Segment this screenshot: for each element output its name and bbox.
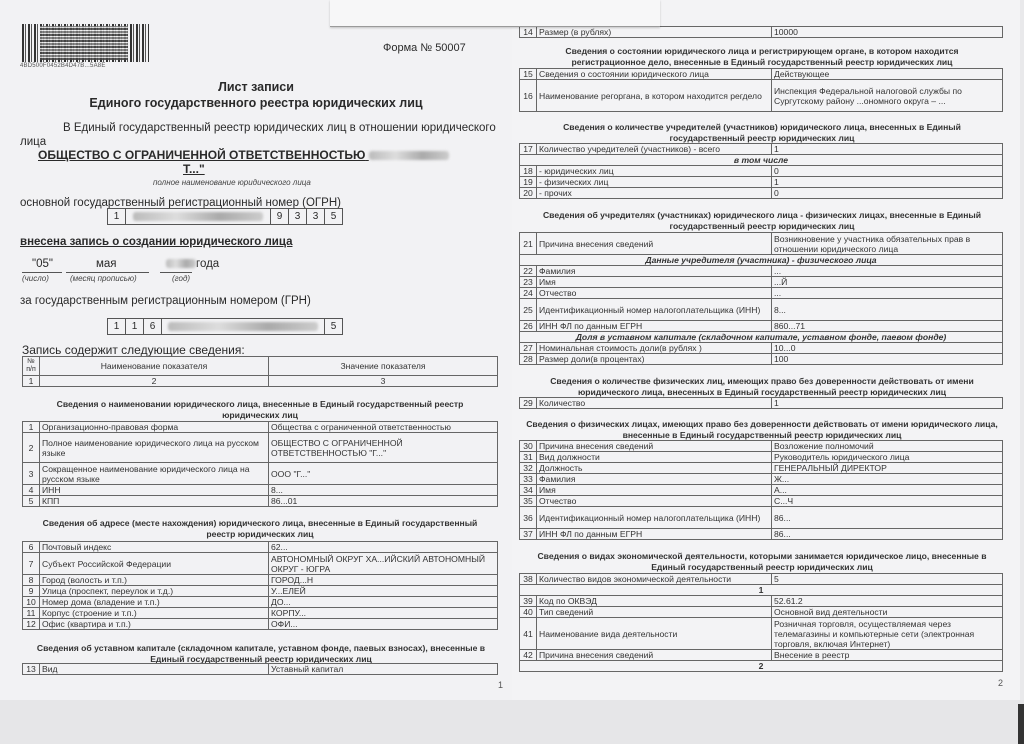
table-state: 15Сведения о состоянии юридического лица… — [519, 68, 1003, 112]
grn-digit: 5 — [325, 319, 342, 334]
row-label: Причина внесения сведений — [537, 650, 772, 661]
row-value: Внесение в реестр — [772, 650, 1003, 661]
row-value: Инспекция Федеральной налоговой службы п… — [772, 80, 1003, 112]
grn-digit: 1 — [108, 319, 126, 334]
table-reps: 30Причина внесения сведенийВозложение по… — [519, 440, 1003, 540]
row-label: Код по ОКВЭД — [537, 596, 772, 607]
table-reps-count: 29Количество1 — [519, 397, 1003, 409]
row-label: - юридических лиц — [537, 166, 772, 177]
row-value: Уставный капитал — [269, 664, 498, 675]
intro-text: В Единый государственный реестр юридичес… — [63, 122, 496, 134]
row-number: 39 — [520, 596, 537, 607]
table-capital: 13ВидУставный капитал — [22, 663, 498, 675]
row-value: КОРПУ... — [269, 608, 498, 619]
table-founders: 21Причина внесения сведенийВозникновение… — [519, 232, 1003, 365]
section-title-state: Сведения о состоянии юридического лица и… — [532, 46, 992, 67]
date-year-suffix: года — [196, 258, 219, 270]
row-label: КПП — [40, 496, 269, 507]
row-label: Отчество — [537, 288, 772, 299]
row-label: Фамилия — [537, 474, 772, 485]
row-label: Причина внесения сведений — [537, 441, 772, 452]
row-number: 20 — [520, 188, 537, 199]
header-table: № п/п Наименование показателя Значение п… — [22, 356, 498, 387]
row-value: Возникновение у участника обязательных п… — [772, 233, 1003, 255]
grn-redacted — [162, 319, 325, 334]
row-label: Отчество — [537, 496, 772, 507]
row-label: Количество видов экономической деятельно… — [537, 574, 772, 585]
row-number: 14 — [520, 27, 537, 38]
row-label: Фамилия — [537, 266, 772, 277]
row-value: ДО... — [269, 597, 498, 608]
grn-number-boxes: 1 1 6 5 — [107, 318, 343, 335]
row-value: 1 — [772, 398, 1003, 409]
row-label: Сокращенное наименование юридического ли… — [40, 463, 269, 485]
company-name-text: ОБЩЕСТВО С ОГРАНИЧЕННОЙ ОТВЕТСТВЕННОСТЬЮ — [38, 148, 365, 162]
row-value: 100 — [772, 354, 1003, 365]
date-month-caption: (месяц прописью) — [70, 274, 137, 283]
row-value: ОФИ... — [269, 619, 498, 630]
entry-heading: внесена запись о создании юридического л… — [20, 236, 292, 248]
row-label: Должность — [537, 463, 772, 474]
page-1: 4BD500F0452B4D47B...5A8E Форма № 50007 Л… — [0, 0, 512, 700]
row-value: 1 — [772, 144, 1003, 155]
document-subtitle: Единого государственного реестра юридиче… — [0, 96, 512, 110]
row-label: Почтовый индекс — [40, 542, 269, 553]
row-number: 24 — [520, 288, 537, 299]
row-number: 19 — [520, 177, 537, 188]
company-name-line1: ОБЩЕСТВО С ОГРАНИЧЕННОЙ ОТВЕТСТВЕННОСТЬЮ — [38, 148, 449, 162]
row-number: 18 — [520, 166, 537, 177]
row-number: 9 — [23, 586, 40, 597]
row-number: 11 — [23, 608, 40, 619]
group-number: 2 — [520, 661, 1003, 672]
row-number: 5 — [23, 496, 40, 507]
row-number: 34 — [520, 485, 537, 496]
row-number: 33 — [520, 474, 537, 485]
row-value: 86... — [772, 529, 1003, 540]
row-value: ... — [772, 266, 1003, 277]
page-number: 1 — [498, 680, 503, 690]
row-number: 26 — [520, 321, 537, 332]
row-label: Тип сведений — [537, 607, 772, 618]
row-number: 7 — [23, 553, 40, 575]
col-index: 3 — [269, 376, 498, 387]
row-value: Общества с ограниченной ответственностью — [269, 422, 498, 433]
row-label: Сведения о состоянии юридического лица — [537, 69, 772, 80]
row-value: ...Й — [772, 277, 1003, 288]
row-value: 8... — [269, 485, 498, 496]
subheader: Данные учредителя (участника) - физическ… — [520, 255, 1003, 266]
row-value: 10000 — [772, 27, 1003, 38]
row-value: Ж... — [772, 474, 1003, 485]
ogrn-digit: 3 — [307, 209, 325, 224]
row-label: - физических лиц — [537, 177, 772, 188]
row-number: 40 — [520, 607, 537, 618]
row-number: 15 — [520, 69, 537, 80]
row-number: 35 — [520, 496, 537, 507]
row-value: 1 — [772, 177, 1003, 188]
row-label: Организационно-правовая форма — [40, 422, 269, 433]
table-okved: 38Количество видов экономической деятель… — [519, 573, 1003, 672]
intro-text-cont: лица — [20, 136, 46, 148]
row-label: Номер дома (владение и т.п.) — [40, 597, 269, 608]
form-number: Форма № 50007 — [383, 42, 466, 54]
row-number: 4 — [23, 485, 40, 496]
row-number: 17 — [520, 144, 537, 155]
row-label: Офис (квартира и т.п.) — [40, 619, 269, 630]
company-name-line2: Т..." — [183, 162, 205, 176]
section-title-founders-count: Сведения о количестве учредителей (участ… — [532, 122, 992, 143]
row-label: Вид — [40, 664, 269, 675]
contains-label: Запись содержит следующие сведения: — [22, 343, 245, 357]
row-label: Имя — [537, 485, 772, 496]
row-number: 8 — [23, 575, 40, 586]
row-number: 27 — [520, 343, 537, 354]
row-value: АВТОНОМНЫЙ ОКРУГ ХА...ИЙСКИЙ АВТОНОМНЫЙ … — [269, 553, 498, 575]
ogrn-digit: 5 — [325, 209, 342, 224]
row-label: - прочих — [537, 188, 772, 199]
row-label: Причина внесения сведений — [537, 233, 772, 255]
row-value: 86... — [772, 507, 1003, 529]
row-value: 0 — [772, 188, 1003, 199]
row-number: 30 — [520, 441, 537, 452]
row-value: 10...0 — [772, 343, 1003, 354]
page-2: 14Размер (в рублях)10000 Сведения о сост… — [512, 0, 1020, 700]
date-day-caption: (число) — [22, 274, 49, 283]
row-label: Город (волость и т.п.) — [40, 575, 269, 586]
ogrn-digit: 1 — [108, 209, 126, 224]
ogrn-redacted — [126, 209, 271, 224]
table-address: 6Почтовый индекс62... 7Субъект Российско… — [22, 541, 498, 630]
row-value: 52.61.2 — [772, 596, 1003, 607]
row-value: 8... — [772, 299, 1003, 321]
row-label: Наименование вида деятельности — [537, 618, 772, 650]
row-label: Полное наименование юридического лица на… — [40, 433, 269, 463]
ogrn-digit: 9 — [271, 209, 289, 224]
barcode-text: 4BD500F0452B4D47B...5A8E — [20, 63, 106, 69]
row-value: ГЕНЕРАЛЬНЫЙ ДИРЕКТОР — [772, 463, 1003, 474]
row-number: 2 — [23, 433, 40, 463]
overlapping-paper-edge — [330, 0, 660, 27]
row-label: ИНН ФЛ по данным ЕГРН — [537, 321, 772, 332]
date-month-line — [66, 272, 149, 273]
section-title-address: Сведения об адресе (месте нахождения) юр… — [30, 518, 490, 539]
row-number: 1 — [23, 422, 40, 433]
date-year-caption: (год) — [172, 274, 190, 283]
section-title-reps-count: Сведения о количестве физических лиц, им… — [532, 376, 992, 397]
page-corner-shadow — [1018, 704, 1024, 744]
date-month: мая — [96, 258, 117, 270]
row-label: ИНН ФЛ по данным ЕГРН — [537, 529, 772, 540]
row-value: Основной вид деятельности — [772, 607, 1003, 618]
row-value: Возложение полномочий — [772, 441, 1003, 452]
subheader: Доля в уставном капитале (складочном кап… — [520, 332, 1003, 343]
table-capital-size: 14Размер (в рублях)10000 — [519, 26, 1003, 38]
row-number: 6 — [23, 542, 40, 553]
row-value: ООО "Г..." — [269, 463, 498, 485]
col-index: 1 — [23, 376, 40, 387]
grn-label: за государственным регистрационным номер… — [20, 295, 311, 307]
row-label: Корпус (строение и т.п.) — [40, 608, 269, 619]
subheader: в том числе — [520, 155, 1003, 166]
date-day: "05" — [32, 258, 53, 270]
redacted-block — [369, 151, 449, 160]
row-number: 12 — [23, 619, 40, 630]
date-day-line — [22, 272, 62, 273]
section-title-name: Сведения о наименовании юридического лиц… — [30, 399, 490, 420]
company-name-caption: полное наименование юридического лица — [153, 178, 311, 187]
row-label: Идентификационный номер налогоплательщик… — [537, 507, 772, 529]
table-name: 1Организационно-правовая формаОбщества с… — [22, 421, 498, 507]
ogrn-digit: 3 — [289, 209, 307, 224]
document-title: Лист записи — [0, 80, 512, 94]
row-label: Количество — [537, 398, 772, 409]
section-title-capital: Сведения об уставном капитале (складочно… — [24, 643, 498, 664]
row-label: ИНН — [40, 485, 269, 496]
row-label: Размер (в рублях) — [537, 27, 772, 38]
col-number-header: № п/п — [23, 357, 40, 376]
row-label: Идентификационный номер налогоплательщик… — [537, 299, 772, 321]
row-value: Действующее — [772, 69, 1003, 80]
row-number: 23 — [520, 277, 537, 288]
row-number: 31 — [520, 452, 537, 463]
row-number: 28 — [520, 354, 537, 365]
row-value: Розничная торговля, осуществляемая через… — [772, 618, 1003, 650]
row-value: А... — [772, 485, 1003, 496]
page-number: 2 — [998, 678, 1003, 688]
col-value-header: Значение показателя — [269, 357, 498, 376]
grn-digit: 1 — [126, 319, 144, 334]
barcode-pattern — [40, 26, 128, 60]
row-number: 16 — [520, 80, 537, 112]
date-year-line — [160, 272, 192, 273]
row-value: 86...01 — [269, 496, 498, 507]
row-value: ОБЩЕСТВО С ОГРАНИЧЕННОЙ ОТВЕТСТВЕННОСТЬЮ… — [269, 433, 498, 463]
row-value: 860...71 — [772, 321, 1003, 332]
row-value: Руководитель юридического лица — [772, 452, 1003, 463]
row-number: 25 — [520, 299, 537, 321]
ogrn-number-boxes: 1 9 3 3 5 — [107, 208, 343, 225]
table-founders-count: 17Количество учредителей (участников) - … — [519, 143, 1003, 199]
row-number: 10 — [23, 597, 40, 608]
grn-digit: 6 — [144, 319, 162, 334]
row-value: 62... — [269, 542, 498, 553]
row-number: 42 — [520, 650, 537, 661]
row-number: 3 — [23, 463, 40, 485]
scan-background — [0, 700, 1024, 744]
group-number: 1 — [520, 585, 1003, 596]
row-value: 5 — [772, 574, 1003, 585]
row-label: Субъект Российской Федерации — [40, 553, 269, 575]
row-label: Вид должности — [537, 452, 772, 463]
row-label: Размер доли(в процентах) — [537, 354, 772, 365]
row-number: 32 — [520, 463, 537, 474]
row-number: 22 — [520, 266, 537, 277]
col-name-header: Наименование показателя — [40, 357, 269, 376]
row-number: 21 — [520, 233, 537, 255]
row-number: 36 — [520, 507, 537, 529]
date-year: года — [166, 258, 219, 270]
section-title-reps: Сведения о физических лицах, имеющих пра… — [520, 419, 1004, 440]
row-value: 0 — [772, 166, 1003, 177]
redacted-block — [166, 259, 196, 268]
row-value: ... — [772, 288, 1003, 299]
row-number: 38 — [520, 574, 537, 585]
row-value: С...Ч — [772, 496, 1003, 507]
row-number: 13 — [23, 664, 40, 675]
section-title-founders: Сведения об учредителях (участниках) юри… — [527, 210, 997, 231]
row-label: Улица (проспект, переулок и т.д.) — [40, 586, 269, 597]
row-value: ГОРОД...Н — [269, 575, 498, 586]
section-title-okved: Сведения о видах экономической деятельно… — [520, 551, 1004, 572]
row-number: 29 — [520, 398, 537, 409]
row-number: 41 — [520, 618, 537, 650]
row-label: Номинальная стоимость доли(в рублях ) — [537, 343, 772, 354]
row-value: У...ЕЛЕЙ — [269, 586, 498, 597]
col-index: 2 — [40, 376, 269, 387]
row-number: 37 — [520, 529, 537, 540]
row-label: Количество учредителей (участников) - вс… — [537, 144, 772, 155]
row-label: Имя — [537, 277, 772, 288]
row-label: Наименование регоргана, в котором находи… — [537, 80, 772, 112]
